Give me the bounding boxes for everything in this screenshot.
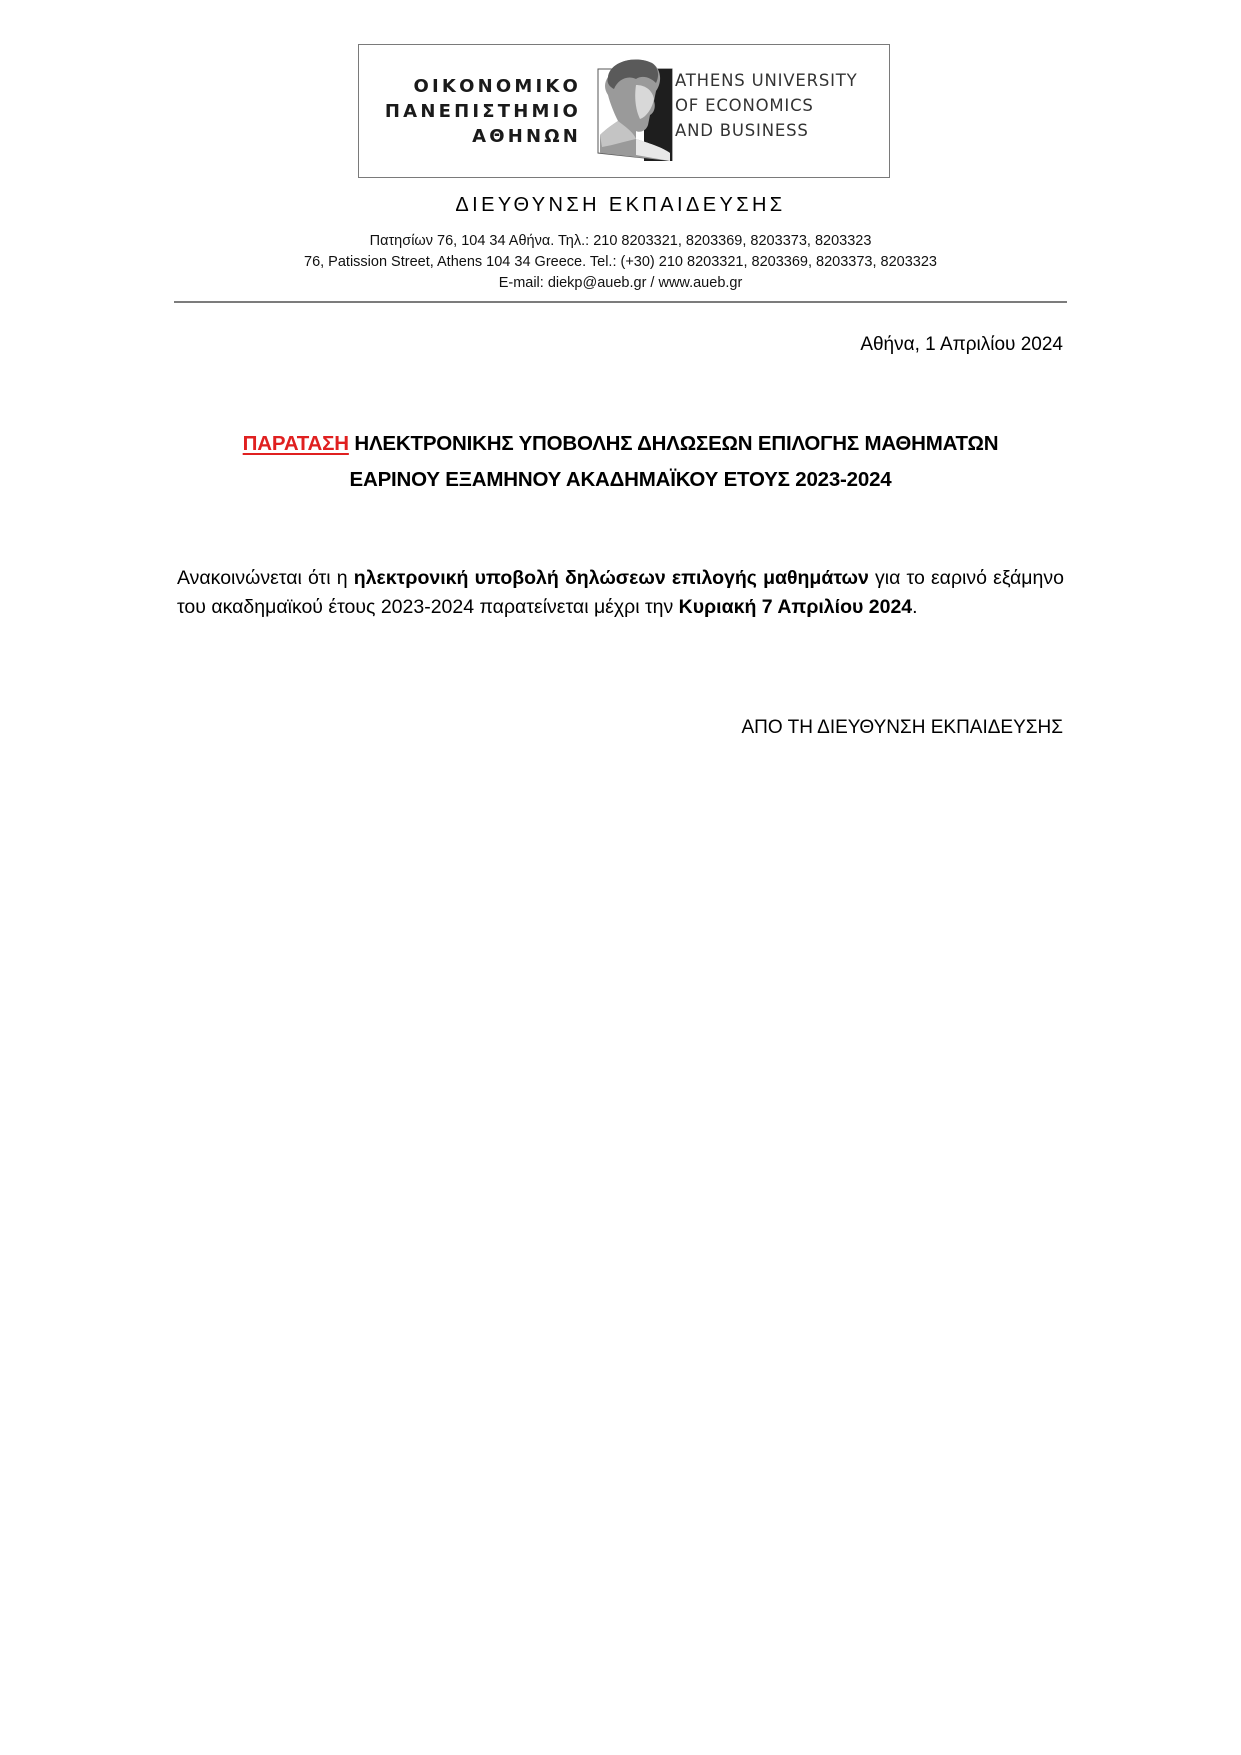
logo-english-line: OF ECONOMICS	[675, 93, 858, 118]
announcement-body: Ανακοινώνεται ότι η ηλεκτρονική υποβολή …	[177, 564, 1064, 622]
title-line-1-text: ΗΛΕΚΤΡΟΝΙΚΗΣ ΥΠΟΒΟΛΗΣ ΔΗΛΩΣΕΩΝ ΕΠΙΛΟΓΗΣ …	[349, 432, 998, 455]
logo-greek-line: ΑΘΗΝΩΝ	[385, 124, 581, 149]
body-text: .	[912, 596, 917, 618]
body-emphasis: ηλεκτρονική υποβολή δηλώσεων επιλογής μα…	[354, 567, 869, 589]
body-text: Ανακοινώνεται ότι η	[177, 567, 354, 589]
logo-english-line: AND BUSINESS	[675, 118, 858, 143]
logo-english-line: ATHENS UNIVERSITY	[675, 68, 858, 93]
announcement-title-line-2: ΕΑΡΙΝΟΥ ΕΞΑΜΗΝΟΥ ΑΚΑΔΗΜΑΪΚΟΥ ΕΤΟΥΣ 2023-…	[0, 468, 1241, 492]
address-english: 76, Patission Street, Athens 104 34 Gree…	[0, 254, 1241, 270]
department-title: ΔΙΕΥΘΥΝΣΗ ΕΚΠΑΙΔΕΥΣΗΣ	[0, 194, 1241, 217]
signature: ΑΠΟ ΤΗ ΔΙΕΥΘΥΝΣΗ ΕΚΠΑΙΔΕΥΣΗΣ	[742, 717, 1064, 739]
address-greek: Πατησίων 76, 104 34 Αθήνα. Τηλ.: 210 820…	[0, 233, 1241, 249]
document-date: Αθήνα, 1 Απριλίου 2024	[860, 334, 1063, 356]
logo-greek-line: ΟΙΚΟΝΟΜΙΚΟ	[385, 74, 581, 99]
announcement-title-line-1: ΠΑΡΑΤΑΣΗ ΗΛΕΚΤΡΟΝΙΚΗΣ ΥΠΟΒΟΛΗΣ ΔΗΛΩΣΕΩΝ …	[0, 432, 1241, 456]
university-logo: ΟΙΚΟΝΟΜΙΚΟ ΠΑΝΕΠΙΣΤΗΜΙΟ ΑΘΗΝΩΝ ATHENS UN…	[358, 44, 890, 178]
title-accent-word: ΠΑΡΑΤΑΣΗ	[243, 432, 349, 455]
logo-english-name: ATHENS UNIVERSITY OF ECONOMICS AND BUSIN…	[675, 68, 858, 143]
deadline-date: Κυριακή 7 Απριλίου 2024	[679, 596, 912, 618]
logo-greek-name: ΟΙΚΟΝΟΜΙΚΟ ΠΑΝΕΠΙΣΤΗΜΙΟ ΑΘΗΝΩΝ	[385, 74, 581, 149]
hermes-bust-icon	[596, 55, 674, 161]
email-web: E-mail: diekp@aueb.gr / www.aueb.gr	[0, 275, 1241, 291]
logo-greek-line: ΠΑΝΕΠΙΣΤΗΜΙΟ	[385, 99, 581, 124]
header-divider	[174, 301, 1067, 303]
